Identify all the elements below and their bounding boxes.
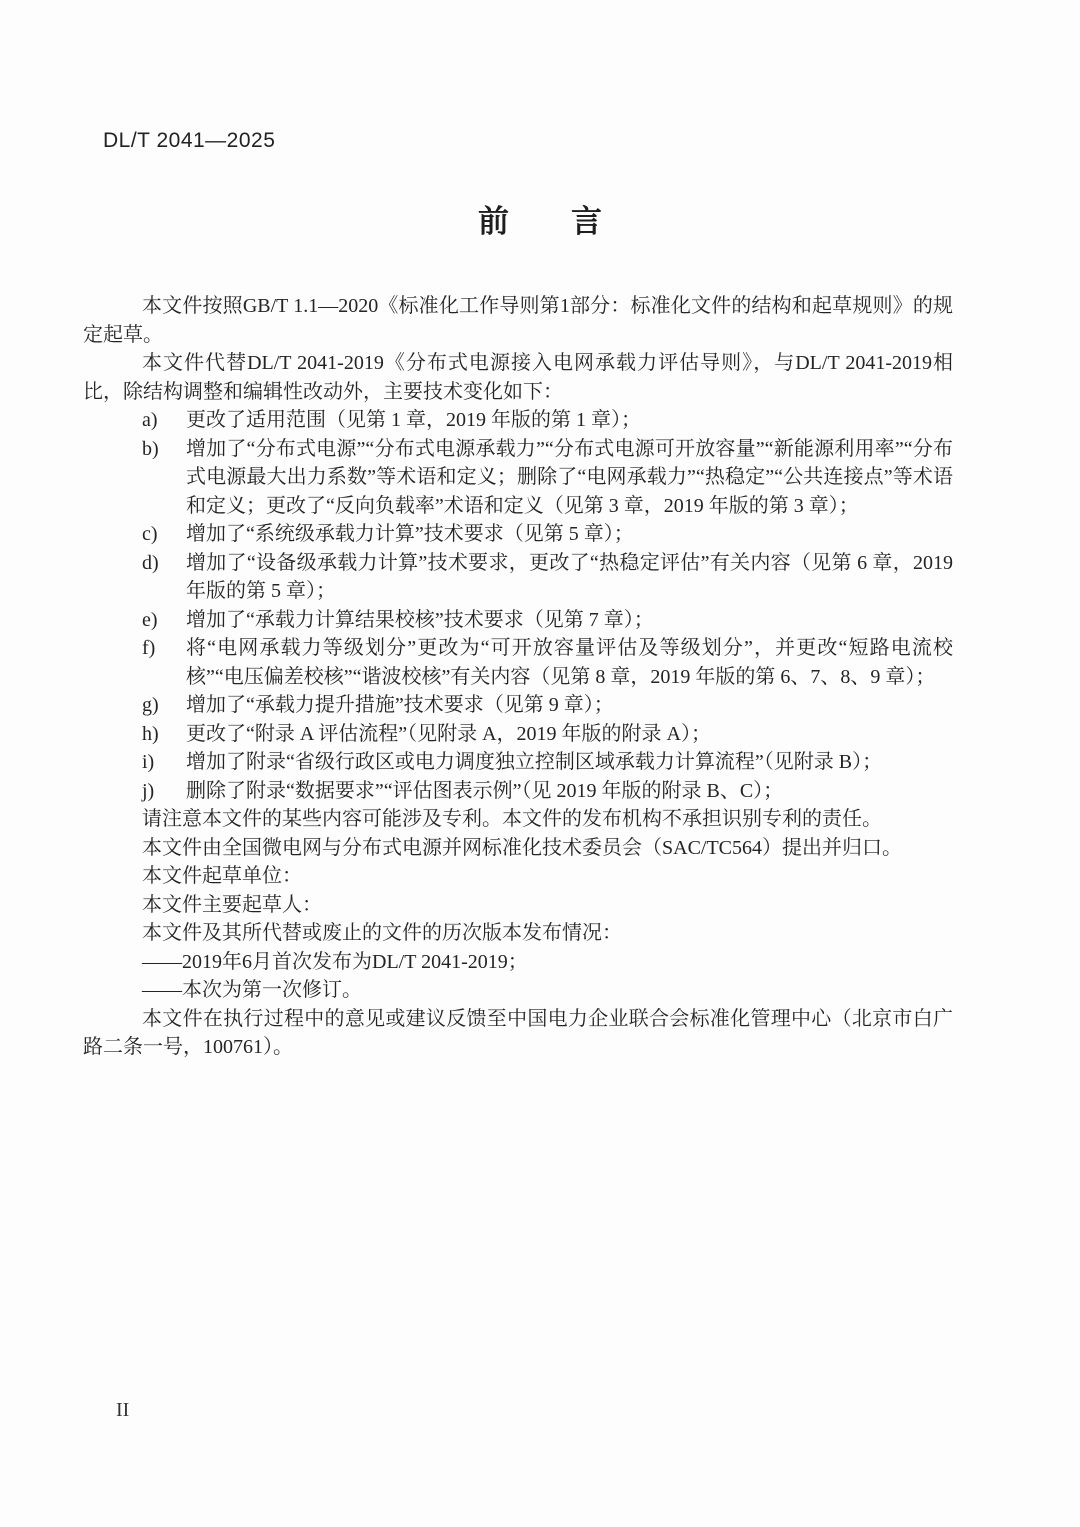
change-item-g: g) 增加了“承载力提升措施”技术要求（见第 9 章）； [83,691,953,720]
list-text: 更改了适用范围（见第 1 章，2019 年版的第 1 章）； [186,406,953,435]
change-item-f: f) 将“电网承载力等级划分”更改为“可开放容量评估及等级划分”，并更改“短路电… [83,634,953,691]
change-item-i: i) 增加了附录“省级行政区或电力调度独立控制区域承载力计算流程”（见附录 B）… [83,748,953,777]
list-label: e) [142,606,186,635]
paragraph-version-history-heading: 本文件及其所代替或废止的文件的历次版本发布情况： [83,919,953,948]
paragraph-proposing-body: 本文件由全国微电网与分布式电源并网标准化技术委员会（SAC/TC564）提出并归… [83,834,953,863]
list-label: b) [142,435,186,521]
list-label: g) [142,691,186,720]
list-text: 增加了“分布式电源”“分布式电源承载力”“分布式电源可开放容量”“新能源利用率”… [186,435,953,521]
paragraph-replaces-notice: 本文件代替DL/T 2041-2019《分布式电源接入电网承载力评估导则》，与D… [83,349,953,406]
change-item-e: e) 增加了“承载力计算结果校核”技术要求（见第 7 章）； [83,606,953,635]
change-item-j: j) 删除了附录“数据要求”“评估图表示例”（见 2019 年版的附录 B、C）… [83,777,953,806]
paragraph-drafting-rule: 本文件按照GB/T 1.1—2020《标准化工作导则第1部分：标准化文件的结构和… [83,292,953,349]
list-label: j) [142,777,186,806]
change-item-c: c) 增加了“系统级承载力计算”技术要求（见第 5 章）； [83,520,953,549]
change-item-d: d) 增加了“设备级承载力计算”技术要求，更改了“热稳定评估”有关内容（见第 6… [83,549,953,606]
page-number: II [116,1399,129,1422]
change-item-h: h) 更改了“附录 A 评估流程”（见附录 A，2019 年版的附录 A）； [83,720,953,749]
list-text: 增加了“承载力计算结果校核”技术要求（见第 7 章）； [186,606,953,635]
page-title: 前 言 [0,204,1080,240]
list-text: 更改了“附录 A 评估流程”（见附录 A，2019 年版的附录 A）； [186,720,953,749]
version-history-item-1: ——2019年6月首次发布为DL/T 2041-2019； [83,948,953,977]
list-text: 增加了“承载力提升措施”技术要求（见第 9 章）； [186,691,953,720]
paragraph-feedback-address: 本文件在执行过程中的意见或建议反馈至中国电力企业联合会标准化管理中心（北京市白广… [83,1005,953,1062]
foreword-body: 本文件按照GB/T 1.1—2020《标准化工作导则第1部分：标准化文件的结构和… [83,292,953,1062]
list-text: 增加了“设备级承载力计算”技术要求，更改了“热稳定评估”有关内容（见第 6 章，… [186,549,953,606]
paragraph-main-drafters: 本文件主要起草人： [83,891,953,920]
list-label: a) [142,406,186,435]
list-label: d) [142,549,186,606]
list-label: f) [142,634,186,691]
version-history-item-2: ——本次为第一次修订。 [83,976,953,1005]
list-text: 增加了附录“省级行政区或电力调度独立控制区域承载力计算流程”（见附录 B）； [186,748,953,777]
change-item-a: a) 更改了适用范围（见第 1 章，2019 年版的第 1 章）； [83,406,953,435]
change-item-b: b) 增加了“分布式电源”“分布式电源承载力”“分布式电源可开放容量”“新能源利… [83,435,953,521]
list-text: 增加了“系统级承载力计算”技术要求（见第 5 章）； [186,520,953,549]
list-label: i) [142,748,186,777]
list-text: 将“电网承载力等级划分”更改为“可开放容量评估及等级划分”，并更改“短路电流校核… [186,634,953,691]
document-page: DL/T 2041—2025 前 言 本文件按照GB/T 1.1—2020《标准… [0,0,1080,1527]
list-text: 删除了附录“数据要求”“评估图表示例”（见 2019 年版的附录 B、C）； [186,777,953,806]
list-label: c) [142,520,186,549]
standard-number: DL/T 2041—2025 [103,129,275,153]
paragraph-patent-notice: 请注意本文件的某些内容可能涉及专利。本文件的发布机构不承担识别专利的责任。 [83,805,953,834]
list-label: h) [142,720,186,749]
paragraph-drafting-organizations: 本文件起草单位： [83,862,953,891]
